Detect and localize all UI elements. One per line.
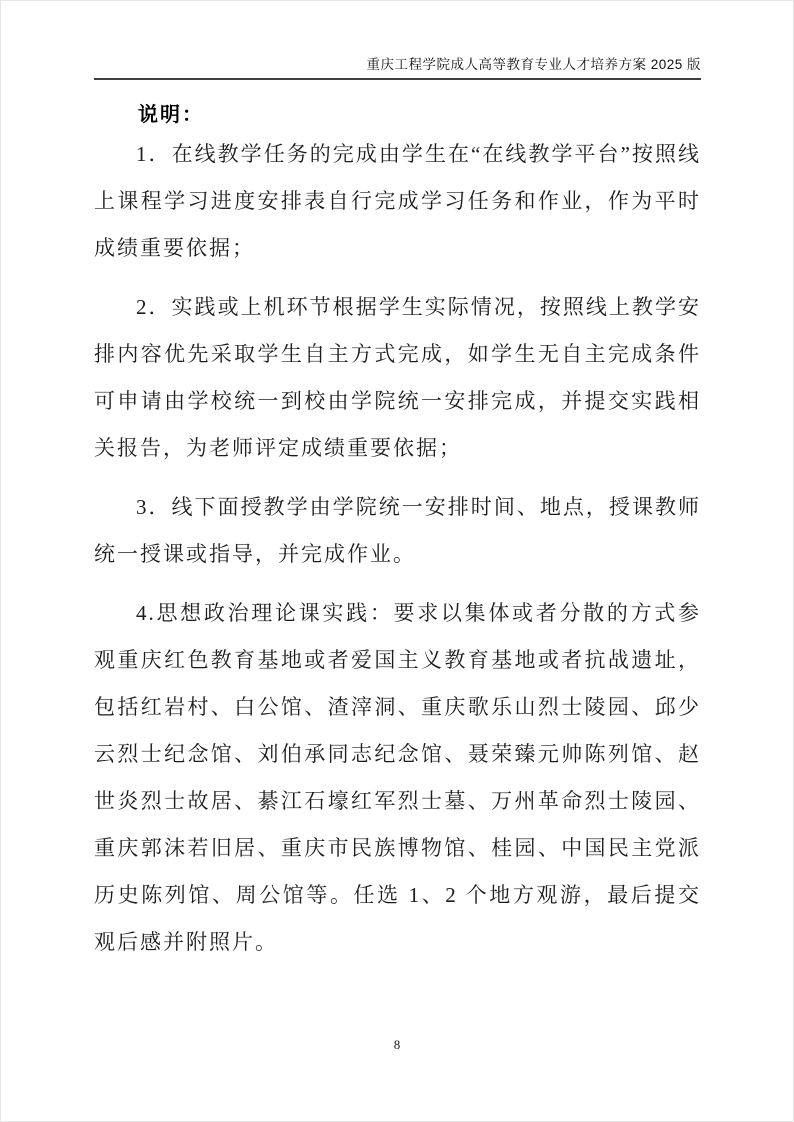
section-heading: 说明： [94,98,701,127]
header-title: 重庆工程学院成人高等教育专业人才培养方案 2025 版 [366,57,701,72]
document-page: 重庆工程学院成人高等教育专业人才培养方案 2025 版 说明： 1．在线教学任务… [0,0,794,1122]
paragraph-ideological-practice: 4.思想政治理论课实践：要求以集体或者分散的方式参观重庆红色教育基地或者爱国主义… [94,590,701,966]
document-body: 说明： 1．在线教学任务的完成由学生在“在线教学平台”按照线上课程学习进度安排表… [94,98,701,966]
paragraph-offline-teaching: 3．线下面授教学由学院统一安排时间、地点，授课教师统一授课或指导，并完成作业。 [94,484,701,578]
page-footer: 8 [1,1037,793,1053]
page-number: 8 [394,1037,401,1052]
page-header: 重庆工程学院成人高等教育专业人才培养方案 2025 版 [94,1,701,80]
paragraph-practice-or-lab: 2．实践或上机环节根据学生实际情况，按照线上教学安排内容优先采取学生自主方式完成… [94,284,701,472]
paragraph-online-teaching: 1．在线教学任务的完成由学生在“在线教学平台”按照线上课程学习进度安排表自行完成… [94,131,701,272]
